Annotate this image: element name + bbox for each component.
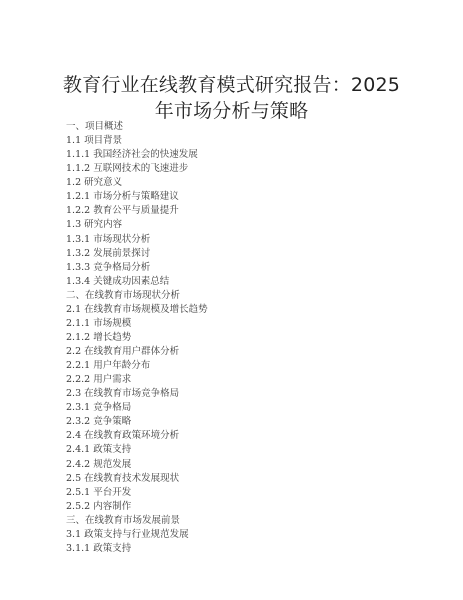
toc-item: 2.3 在线教育市场竞争格局 xyxy=(66,387,208,401)
toc-item: 三、在线教育市场发展前景 xyxy=(66,514,208,528)
toc-item: 2.1.2 增长趋势 xyxy=(66,331,208,345)
toc-item: 3.1.1 政策支持 xyxy=(66,542,208,556)
toc-item: 2.3.1 竞争格局 xyxy=(66,401,208,415)
toc-item: 2.2 在线教育用户群体分析 xyxy=(66,345,208,359)
toc-item: 1.1 项目背景 xyxy=(66,134,208,148)
toc-item: 1.2.1 市场分析与策略建议 xyxy=(66,190,208,204)
toc-item: 2.4.1 政策支持 xyxy=(66,443,208,457)
toc-item: 1.3.2 发展前景探讨 xyxy=(66,247,208,261)
document-page: 教育行业在线教育模式研究报告：2025 年市场分析与策略 一、项目概述 1.1 … xyxy=(0,0,463,600)
toc-item: 2.3.2 竞争策略 xyxy=(66,415,208,429)
toc-item: 3.1 政策支持与行业规范发展 xyxy=(66,528,208,542)
toc-item: 2.4 在线教育政策环境分析 xyxy=(66,429,208,443)
toc-item: 1.3.1 市场现状分析 xyxy=(66,233,208,247)
toc-item: 2.5.2 内容制作 xyxy=(66,500,208,514)
toc-item: 1.2.2 教育公平与质量提升 xyxy=(66,204,208,218)
toc-item: 2.2.1 用户年龄分布 xyxy=(66,359,208,373)
toc-item: 2.5 在线教育技术发展现状 xyxy=(66,472,208,486)
toc-item: 1.3 研究内容 xyxy=(66,218,208,232)
table-of-contents: 一、项目概述 1.1 项目背景 1.1.1 我国经济社会的快速发展 1.1.2 … xyxy=(66,120,208,556)
document-title: 教育行业在线教育模式研究报告：2025 年市场分析与策略 xyxy=(60,72,403,124)
toc-item: 2.1 在线教育市场规模及增长趋势 xyxy=(66,303,208,317)
toc-item: 2.2.2 用户需求 xyxy=(66,373,208,387)
toc-item: 2.1.1 市场规模 xyxy=(66,317,208,331)
toc-item: 2.5.1 平台开发 xyxy=(66,486,208,500)
toc-item: 1.1.1 我国经济社会的快速发展 xyxy=(66,148,208,162)
toc-item: 2.4.2 规范发展 xyxy=(66,458,208,472)
toc-item: 1.1.2 互联网技术的飞速进步 xyxy=(66,162,208,176)
toc-item: 1.3.4 关键成功因素总结 xyxy=(66,275,208,289)
toc-item: 二、在线教育市场现状分析 xyxy=(66,289,208,303)
toc-item: 1.3.3 竞争格局分析 xyxy=(66,261,208,275)
toc-item: 1.2 研究意义 xyxy=(66,176,208,190)
toc-item: 一、项目概述 xyxy=(66,120,208,134)
